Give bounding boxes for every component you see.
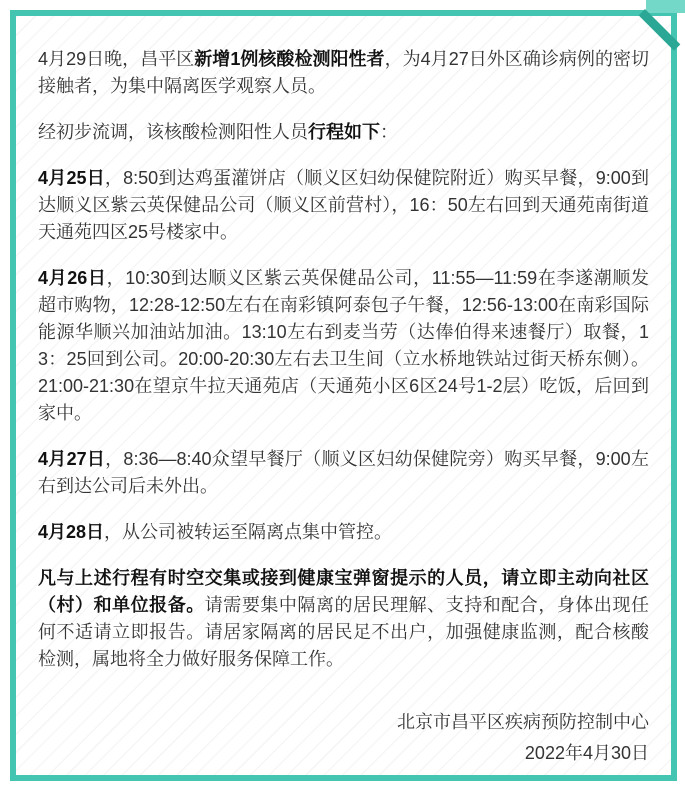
bold-text-run: 新增1例核酸检测阳性者 [194,49,384,69]
text-run: ： [380,122,398,142]
notice-paragraph: 凡与上述行程有时空交集或接到健康宝弹窗提示的人员，请立即主动向社区（村）和单位报… [38,565,649,673]
notice-date: 2022年4月30日 [38,738,649,769]
folded-corner-tab-icon [646,0,685,13]
notice-paragraphs: 4月29日晚，昌平区新增1例核酸检测阳性者，为4月27日外区确诊病例的密切接触者… [38,46,649,673]
notice-paragraph: 4月29日晚，昌平区新增1例核酸检测阳性者，为4月27日外区确诊病例的密切接触者… [38,46,649,100]
bold-text-run: 4月27日 [38,449,105,469]
text-run: 4月29日晚，昌平区 [38,49,194,69]
notice-paragraph: 4月25日，8:50到达鸡蛋灌饼店（顺义区妇幼保健院附近）购买早餐，9:00到达… [38,165,649,246]
bold-text-run: 4月28日 [38,522,104,542]
text-run: ，8:50到达鸡蛋灌饼店（顺义区妇幼保健院附近）购买早餐，9:00到达顺义区紫云… [38,168,649,242]
signature: 北京市昌平区疾病预防控制中心 [38,707,649,738]
signature-block: 北京市昌平区疾病预防控制中心 2022年4月30日 [38,707,649,769]
text-run: 经初步流调，该核酸检测阳性人员 [38,122,308,142]
bold-text-run: 行程如下 [308,122,380,142]
notice-paragraph: 4月27日，8:36—8:40众望早餐厅（顺义区妇幼保健院旁）购买早餐，9:00… [38,446,649,500]
text-run: ，10:30到达顺义区紫云英保健品公司，11:55—11:59在李遂潮顺发超市购… [38,268,649,423]
notice-paragraph: 4月28日，从公司被转运至隔离点集中管控。 [38,519,649,546]
text-run: ，从公司被转运至隔离点集中管控。 [104,522,392,542]
notice-card: 4月29日晚，昌平区新增1例核酸检测阳性者，为4月27日外区确诊病例的密切接触者… [10,10,677,781]
notice-paragraph: 4月26日，10:30到达顺义区紫云英保健品公司，11:55—11:59在李遂潮… [38,265,649,427]
notice-content: 4月29日晚，昌平区新增1例核酸检测阳性者，为4月27日外区确诊病例的密切接触者… [16,16,671,775]
text-run: ，8:36—8:40众望早餐厅（顺义区妇幼保健院旁）购买早餐，9:00左右到达公… [38,449,649,496]
notice-paragraph: 经初步流调，该核酸检测阳性人员行程如下： [38,119,649,146]
bold-text-run: 4月25日 [38,168,105,188]
bold-text-run: 4月26日 [38,268,107,288]
